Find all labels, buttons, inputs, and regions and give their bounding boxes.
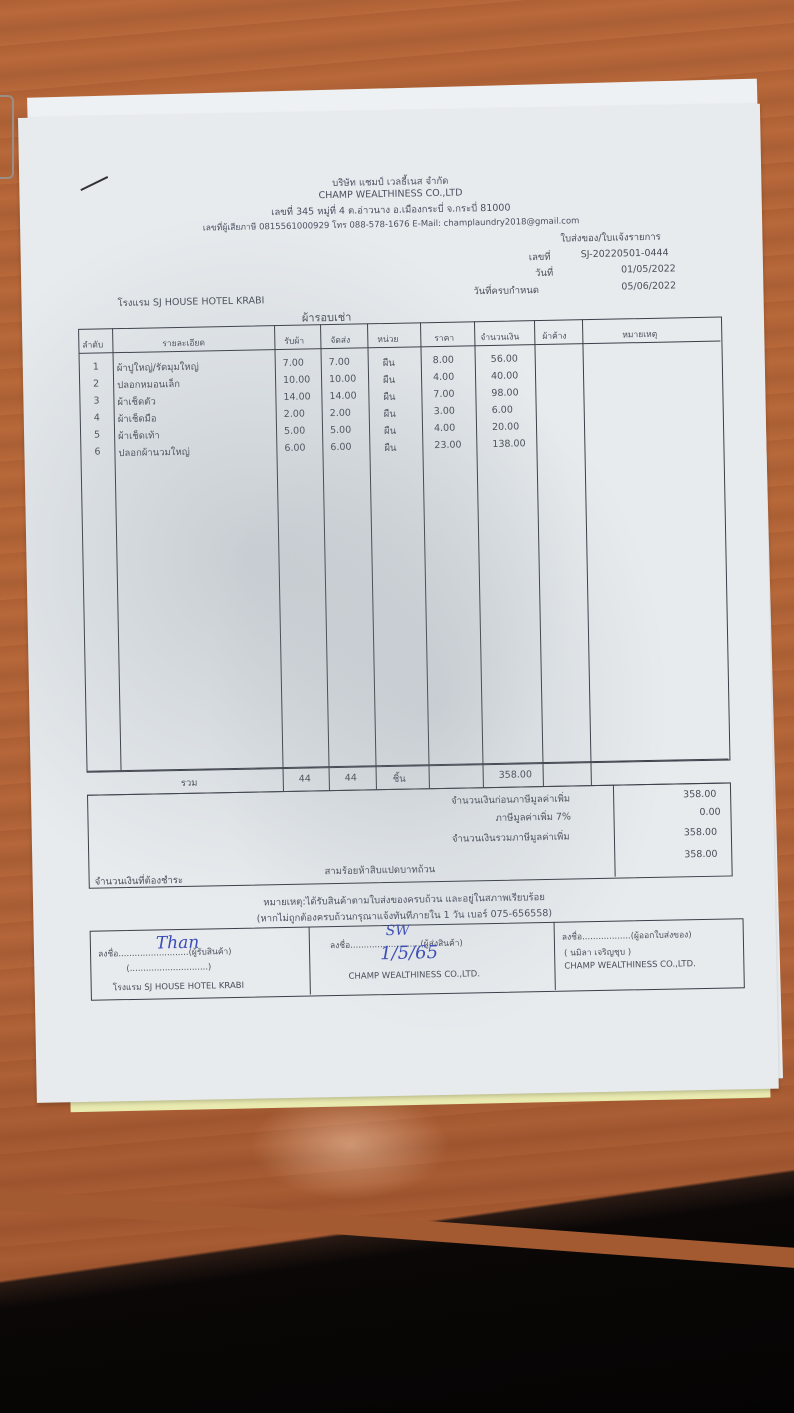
col-header-pending: ผ้าค้าง (542, 329, 567, 343)
col-header-price: ราคา (434, 331, 454, 345)
doc-title: ใบส่งของ/ใบแจ้งรายการ (560, 230, 661, 247)
doc-number: SJ-20220501-0444 (581, 248, 669, 261)
payable-label: จำนวนเงินที่ต้องชำระ (95, 873, 184, 890)
incl-vat-label: จำนวนเงินรวมภาษีมูลค่าเพิ่ม (452, 830, 570, 847)
doc-date: 01/05/2022 (621, 263, 676, 275)
vat-value: 0.00 (699, 807, 720, 818)
total-unit: ชิ้น (393, 772, 406, 787)
sender-handwriting: SW (386, 923, 410, 939)
vat-label: ภาษีมูลค่าเพิ่ม 7% (495, 810, 571, 826)
total-amount: 358.00 (499, 769, 532, 781)
col-header-amount: จำนวนเงิน (480, 329, 519, 344)
receiver-handwriting: Than (156, 933, 200, 954)
col-header-no: ลำดับ (82, 337, 103, 351)
total-delivered: 44 (345, 773, 357, 784)
col-header-received: รับผ้า (284, 334, 304, 348)
col-header-delivered: จัดส่ง (330, 333, 350, 347)
due-date-label: วันที่ครบกำหนด (473, 283, 539, 299)
paper-clip-icon (0, 95, 14, 179)
customer-name: โรงแรม SJ HOUSE HOTEL KRABI (117, 293, 264, 311)
before-vat-value: 358.00 (683, 789, 716, 801)
incl-vat-value: 358.00 (684, 827, 717, 839)
doc-number-label: เลขที่ (529, 250, 551, 265)
handwritten-date: 1/5/65 (380, 942, 438, 964)
invoice-paper: บริษัท แชมป์ เวลธี้เนส จำกัด CHAMP WEALT… (18, 104, 779, 1103)
payable-value: 358.00 (684, 849, 717, 861)
due-date: 05/06/2022 (621, 280, 676, 292)
doc-date-label: วันที่ (535, 266, 553, 281)
before-vat-label: จำนวนเงินก่อนภาษีมูลค่าเพิ่ม (451, 792, 570, 809)
col-header-note: หมายเหตุ (622, 327, 657, 342)
total-label: รวม (181, 776, 198, 791)
total-received: 44 (299, 774, 311, 785)
payable-words: สามร้อยห้าสิบแปดบาทถ้วน (324, 862, 435, 879)
col-header-item: รายละเอียด (162, 335, 205, 350)
col-header-unit: หน่วย (377, 332, 398, 346)
